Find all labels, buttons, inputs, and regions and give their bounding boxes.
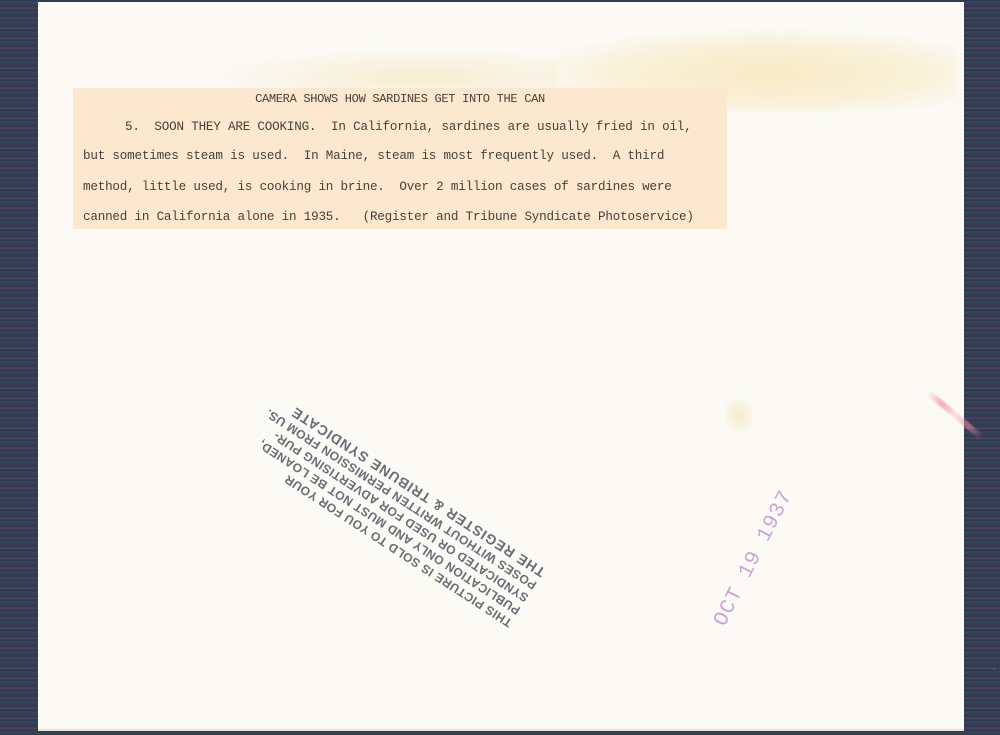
caption-line: canned in California alone in 1935. (Reg… [83,210,694,224]
caption-title: CAMERA SHOWS HOW SARDINES GET INTO THE C… [73,92,727,106]
caption-line: 5. SOON THEY ARE COOKING. In California,… [125,120,692,134]
caption-clipping: CAMERA SHOWS HOW SARDINES GET INTO THE C… [73,88,727,229]
caption-line: method, little used, is cooking in brine… [83,180,672,194]
stain-spot [726,400,752,430]
scanner-background-right [964,0,1000,735]
scanner-background-left [0,0,38,735]
dust-speck [993,668,995,670]
caption-line: but sometimes steam is used. In Maine, s… [83,149,664,163]
